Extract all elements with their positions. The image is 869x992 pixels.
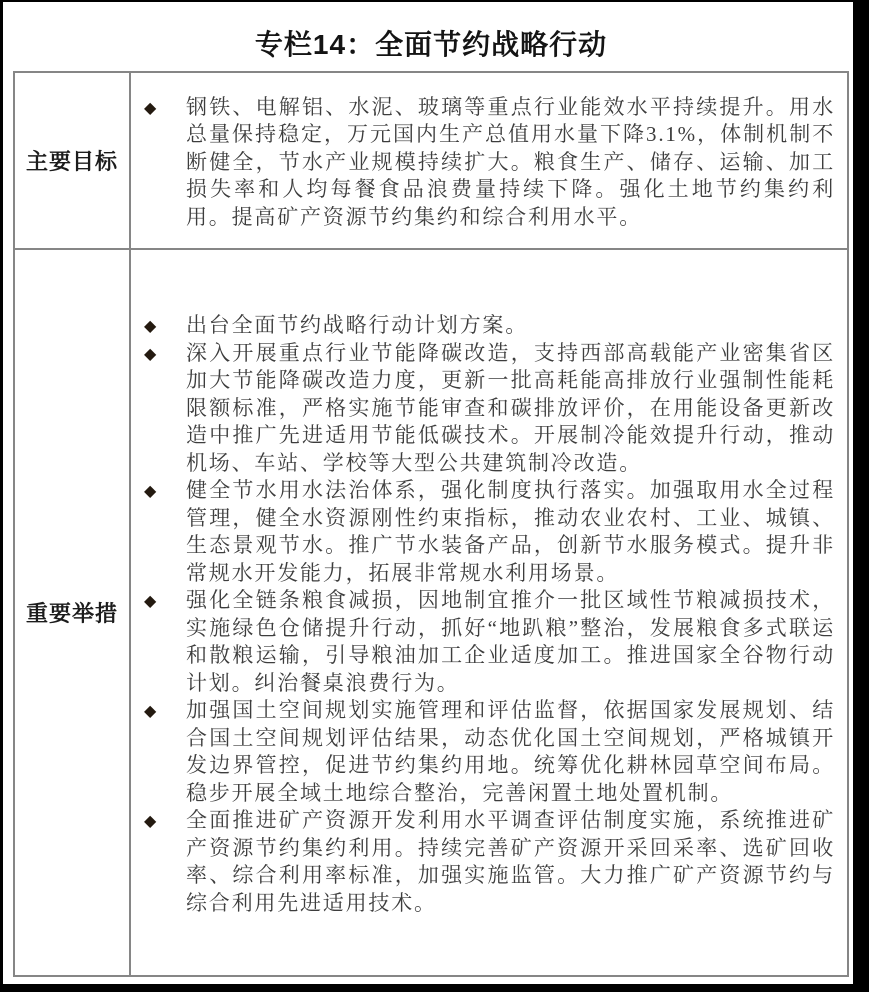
diamond-bullet-icon: ◆	[141, 697, 186, 725]
list-item: ◆强化全链条粮食减损，因地制宜推介一批区域性节粮减损技术，实施绿色仓储提升行动，…	[141, 587, 835, 697]
column-box-table: 主要目标◆钢铁、电解铝、水泥、玻璃等重点行业能效水平持续提升。用水总量保持稳定，…	[13, 71, 849, 977]
scan-edge-left	[0, 0, 3, 992]
row-header-label: 重要举措	[26, 601, 118, 626]
list-item: ◆出台全面节约战略行动计划方案。	[141, 312, 835, 340]
scan-edge-right	[853, 0, 869, 992]
bullet-text: 深入开展重点行业节能降碳改造，支持西部高载能产业密集省区加大节能降碳改造力度，更…	[186, 340, 835, 478]
diamond-bullet-icon: ◆	[141, 807, 186, 835]
list-item: ◆全面推进矿产资源开发利用水平调查评估制度实施，系统推进矿产资源节约集约利用。持…	[141, 807, 835, 917]
bullet-text: 强化全链条粮食减损，因地制宜推介一批区域性节粮减损技术，实施绿色仓储提升行动，抓…	[186, 587, 835, 697]
table-body: 主要目标◆钢铁、电解铝、水泥、玻璃等重点行业能效水平持续提升。用水总量保持稳定，…	[14, 72, 848, 976]
list-item: ◆深入开展重点行业节能降碳改造，支持西部高载能产业密集省区加大节能降碳改造力度，…	[141, 340, 835, 478]
page-title: 专栏14：全面节约战略行动	[13, 23, 849, 63]
scan-edge-top	[0, 0, 869, 2]
bullet-text: 钢铁、电解铝、水泥、玻璃等重点行业能效水平持续提升。用水总量保持稳定，万元国内生…	[186, 94, 835, 232]
bullet-text: 全面推进矿产资源开发利用水平调查评估制度实施，系统推进矿产资源节约集约利用。持续…	[186, 807, 835, 917]
diamond-bullet-icon: ◆	[141, 312, 186, 340]
list-item: ◆加强国土空间规划实施管理和评估监督，依据国家发展规划、结合国土空间规划评估结果…	[141, 697, 835, 807]
bullet-text: 加强国土空间规划实施管理和评估监督，依据国家发展规划、结合国土空间规划评估结果，…	[186, 697, 835, 807]
diamond-bullet-icon: ◆	[141, 587, 186, 615]
row-header: 主要目标	[14, 72, 130, 249]
bullet-text: 健全节水用水法治体系，强化制度执行落实。加强取用水全过程管理，健全水资源刚性约束…	[186, 477, 835, 587]
diamond-bullet-icon: ◆	[141, 340, 186, 368]
diamond-bullet-icon: ◆	[141, 94, 186, 122]
bullet-text: 出台全面节约战略行动计划方案。	[186, 312, 835, 340]
table-row: 主要目标◆钢铁、电解铝、水泥、玻璃等重点行业能效水平持续提升。用水总量保持稳定，…	[14, 72, 848, 249]
table-row: 重要举措◆出台全面节约战略行动计划方案。◆深入开展重点行业节能降碳改造，支持西部…	[14, 249, 848, 976]
list-item: ◆健全节水用水法治体系，强化制度执行落实。加强取用水全过程管理，健全水资源刚性约…	[141, 477, 835, 587]
list-item: ◆钢铁、电解铝、水泥、玻璃等重点行业能效水平持续提升。用水总量保持稳定，万元国内…	[141, 94, 835, 232]
diamond-bullet-icon: ◆	[141, 477, 186, 505]
scan-edge-bottom	[0, 984, 869, 992]
row-content: ◆出台全面节约战略行动计划方案。◆深入开展重点行业节能降碳改造，支持西部高载能产…	[130, 249, 848, 976]
row-content: ◆钢铁、电解铝、水泥、玻璃等重点行业能效水平持续提升。用水总量保持稳定，万元国内…	[130, 72, 848, 249]
row-header: 重要举措	[14, 249, 130, 976]
row-header-label: 主要目标	[26, 149, 118, 174]
